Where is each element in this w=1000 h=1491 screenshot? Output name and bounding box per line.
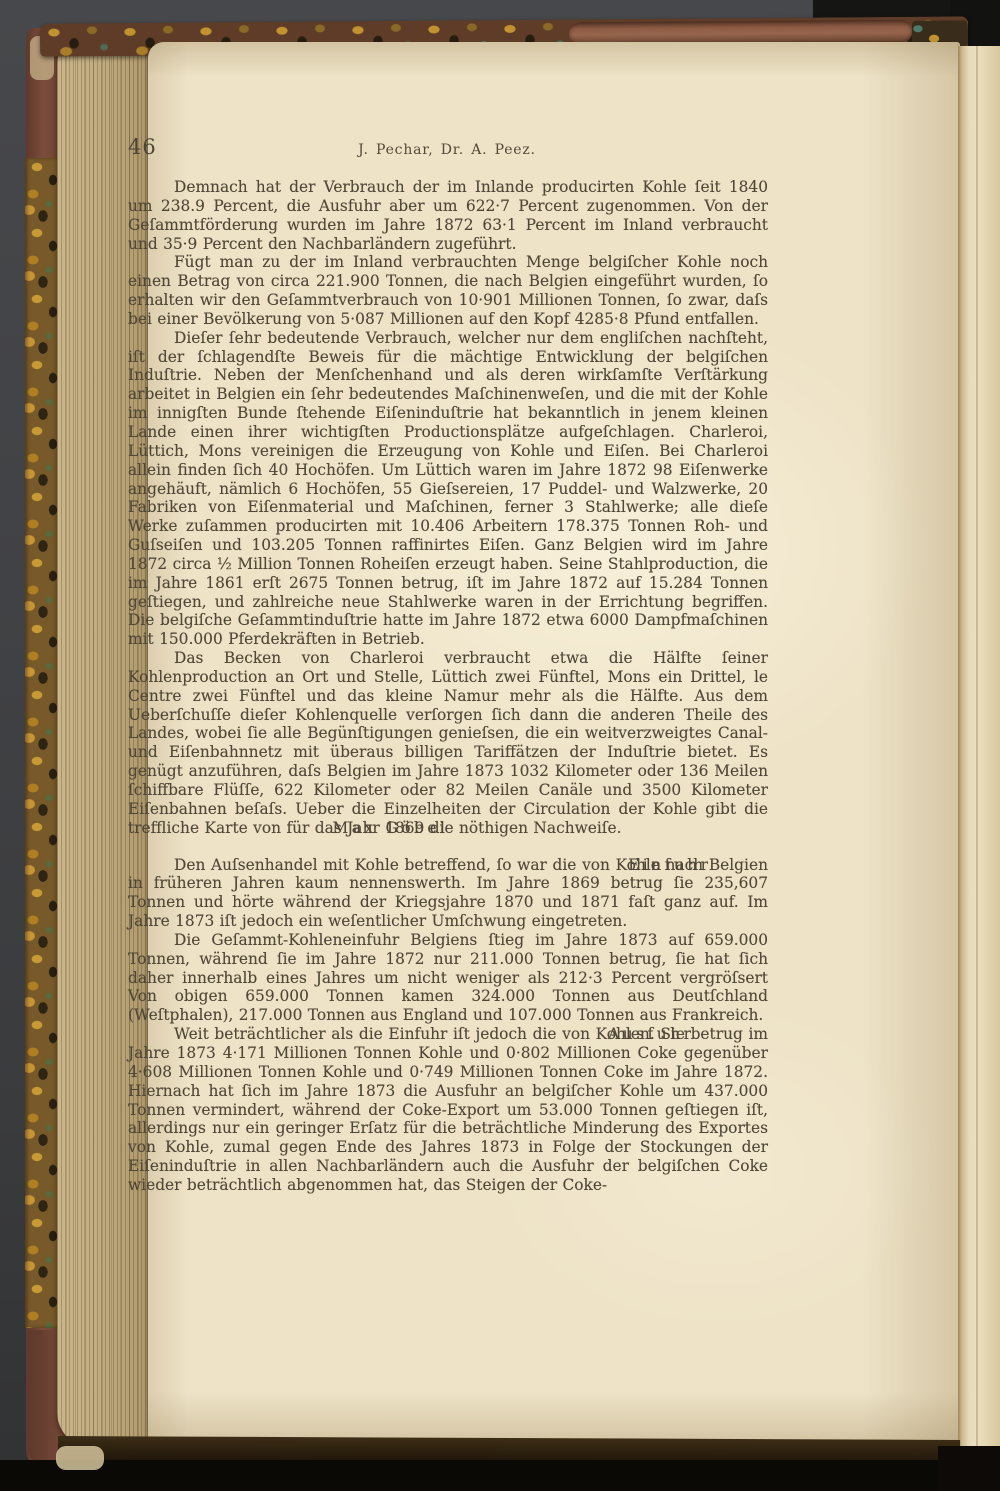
worn-leather-chip-bottom xyxy=(56,1446,104,1470)
scanned-book-photo: 46 J. Pechar, Dr. A. Peez. Demnach hat d… xyxy=(0,0,1000,1491)
emphasized-spaced-text: Ausfuhr xyxy=(562,1025,694,1044)
page-number: 46 xyxy=(128,135,157,159)
emphasized-spaced-text: Einfuhr xyxy=(582,856,711,875)
gutter-facing-page xyxy=(958,46,1000,1454)
paragraph: Weit beträchtlicher als die Einfuhr iſt … xyxy=(128,1025,768,1195)
gutter-crease-line xyxy=(976,46,978,1454)
paragraph: Das Becken von Charleroi verbraucht etwa… xyxy=(128,649,768,837)
emphasized-spaced-text: Max Göbel xyxy=(286,819,448,838)
running-header: J. Pechar, Dr. A. Peez. xyxy=(247,142,647,158)
background-shadow-bottom-right xyxy=(938,1446,1000,1491)
paragraph: Dieſer ſehr bedeutende Verbrauch, welche… xyxy=(128,329,768,649)
paragraph: Den Auſsenhandel mit Kohle betreffend, ſ… xyxy=(128,856,768,931)
background-shadow-bottom xyxy=(0,1460,1000,1491)
paragraph: Die Geſammt-Kohleneinfuhr Belgiens ſtieg… xyxy=(128,931,768,1025)
body-text: Demnach hat der Verbrauch der im Inlande… xyxy=(128,178,768,1195)
paragraph: Fügt man zu der im Inland verbrauchten M… xyxy=(128,253,768,328)
paragraph: Demnach hat der Verbrauch der im Inlande… xyxy=(128,178,768,253)
